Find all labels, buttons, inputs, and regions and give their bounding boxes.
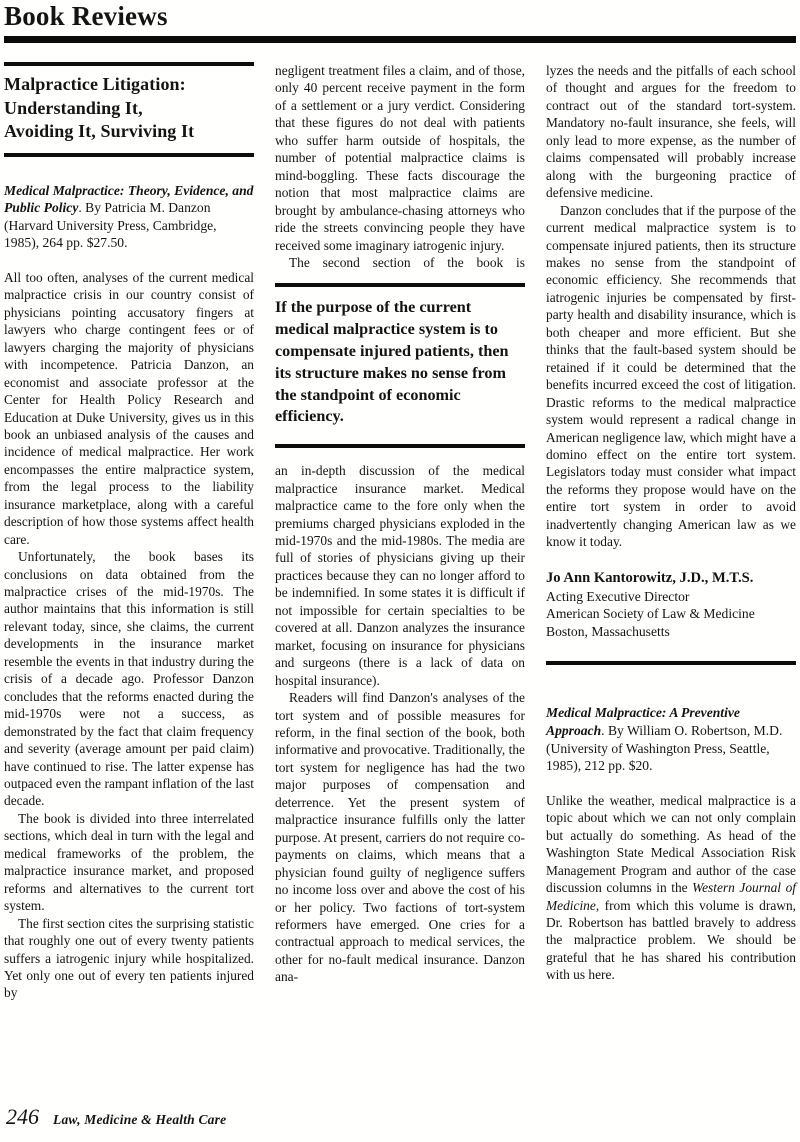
review-divider-rule [546,661,796,665]
column-2: negligent treatment files a claim, and o… [275,62,525,1098]
pull-quote-box: If the purpose of the current medical ma… [275,283,525,448]
paragraph: lyzes the needs and the pitfalls of each… [546,62,796,202]
reviewer-title: Acting Executive Director [546,588,796,606]
paragraph: Readers will find Danzon's analyses of t… [275,689,525,986]
section-title-line: Avoiding It, Surviving It [4,120,254,144]
review2-citation: Medical Malpractice: A Preventive Approa… [546,704,796,774]
paragraph: The second section of the book is [275,254,525,271]
pull-quote-text: If the purpose of the current medical ma… [275,297,525,428]
column-3: lyzes the needs and the pitfalls of each… [546,62,796,1098]
header-rule [4,36,796,43]
journal-title: Law, Medicine & Health Care [53,1112,226,1128]
page-header: Book Reviews [4,0,796,43]
section-title-line: Malpractice Litigation: [4,73,254,97]
review1-section-title: Malpractice Litigation: Understanding It… [4,73,254,144]
column-container: Malpractice Litigation: Understanding It… [4,62,796,1098]
paragraph: Danzon concludes that if the purpose of … [546,202,796,551]
review1-citation: Medical Malpractice: Theory, Evidence, a… [4,182,254,252]
paragraph: negligent treatment files a claim, and o… [275,62,525,254]
paragraph: The first section cites the surprising s… [4,915,254,1002]
paragraph: All too often, analyses of the current m… [4,269,254,548]
paragraph: The book is divided into three interrela… [4,810,254,915]
reviewer-organization: American Society of Law & Medicine [546,605,796,623]
reviewer-name: Jo Ann Kantorowitz, J.D., M.T.S. [546,569,796,588]
column-1: Malpractice Litigation: Understanding It… [4,62,254,1098]
reviewer-location: Boston, Massachusetts [546,623,796,641]
paragraph: Unfortunately, the book bases its conclu… [4,548,254,810]
reviewer-signature: Jo Ann Kantorowitz, J.D., M.T.S. Acting … [546,569,796,641]
page-footer: 246 Law, Medicine & Health Care [6,1104,226,1130]
journal-page: Book Reviews Malpractice Litigation: Und… [0,0,800,1142]
page-number: 246 [6,1104,39,1130]
section-title-rule-top [4,62,254,66]
page-title: Book Reviews [4,0,796,31]
section-title-line: Understanding It, [4,97,254,121]
paragraph: Unlike the weather, medical malpractice … [546,792,796,984]
paragraph: an in-depth discussion of the medical ma… [275,462,525,689]
section-title-rule-bottom [4,153,254,157]
